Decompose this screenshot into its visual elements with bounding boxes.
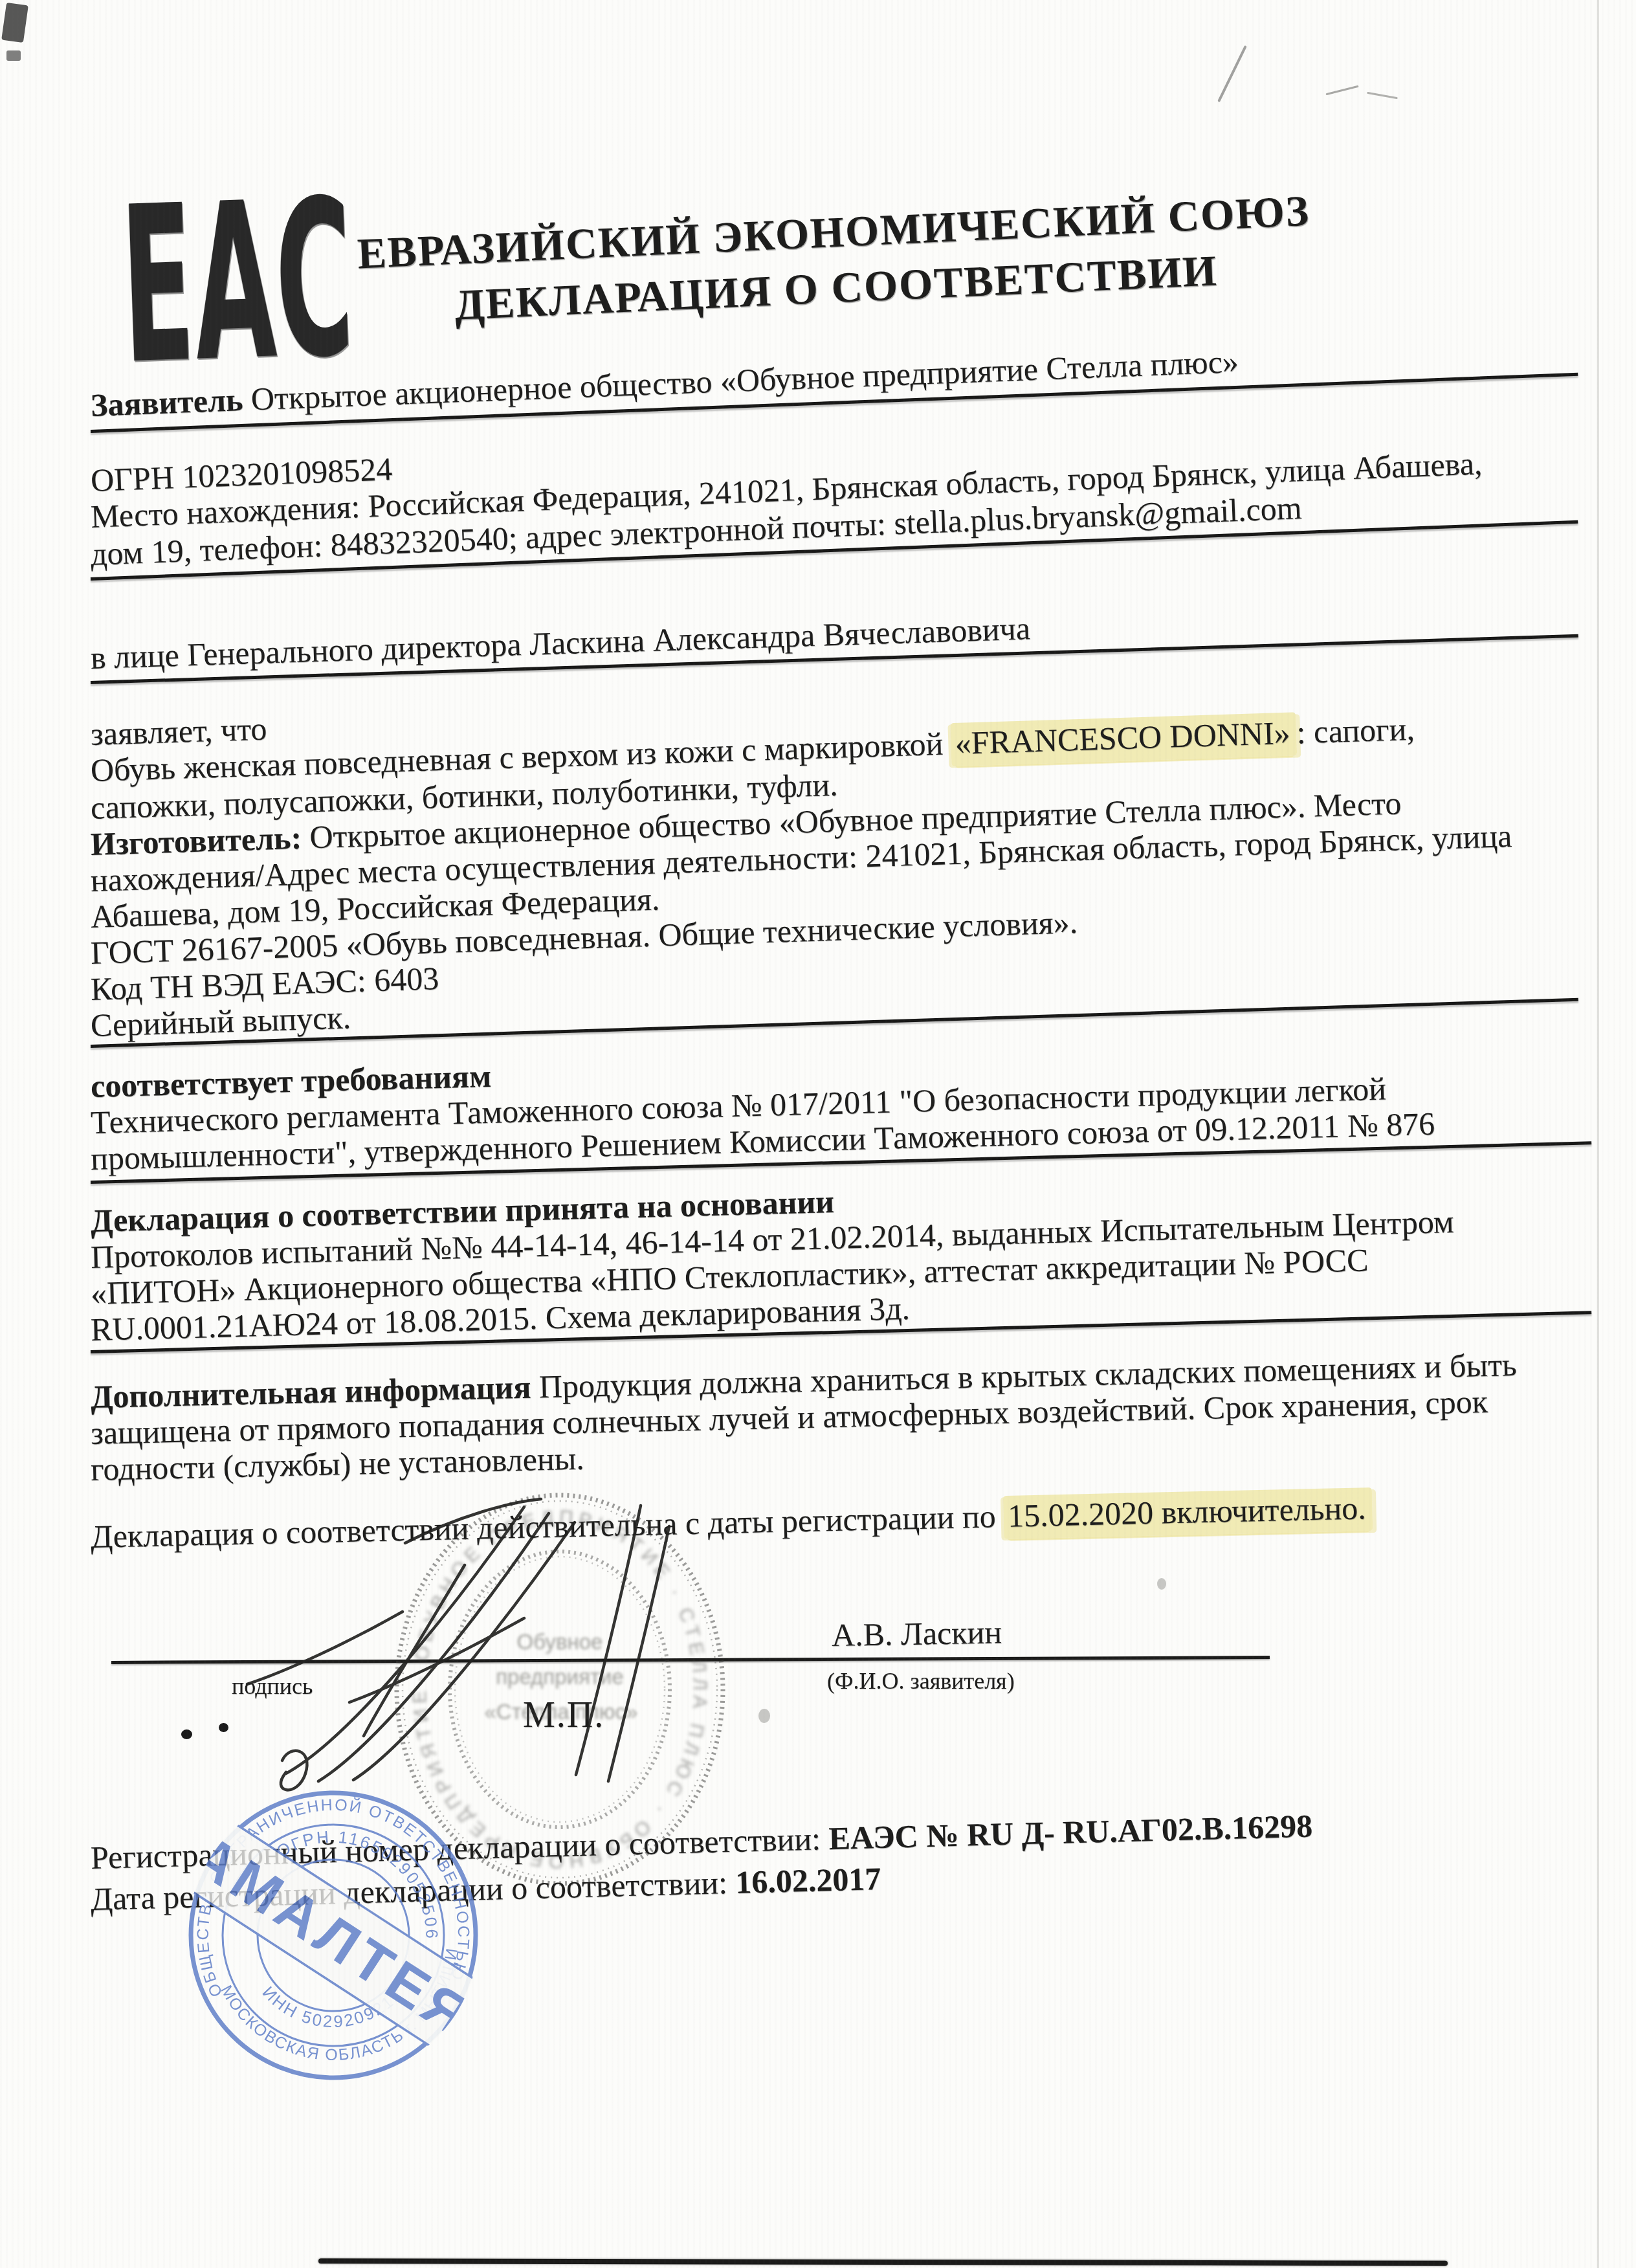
validity-date-highlight: 15.02.2020 включительно. [1003, 1487, 1373, 1539]
fio-caption: (Ф.И.О. заявителя) [827, 1667, 1015, 1695]
declaration-document: ЕАС ЕВРАЗИЙСКИЙ ЭКОНОМИЧЕСКИЙ СОЮЗ ДЕКЛА… [0, 0, 1636, 2268]
reg-date-value: 16.02.2017 [735, 1860, 881, 1900]
ink-smudge [1157, 1578, 1166, 1590]
document-title: ЕВРАЗИЙСКИЙ ЭКОНОМИЧЕСКИЙ СОЮЗ ДЕКЛАРАЦИ… [302, 181, 1367, 340]
handwritten-signature [188, 1489, 718, 1793]
reg-number-value: ЕАЭС № RU Д- RU.АГ02.В.16298 [828, 1808, 1313, 1857]
declares-line: заявляет, что [90, 710, 267, 752]
blue-amalteya-stamp: ОБЩЕСТВО С ОГРАНИЧЕННОЙ ОТВЕТСТВЕННОСТЬЮ… [165, 1767, 502, 2104]
scan-artifact [1217, 45, 1247, 102]
ink-smudge [758, 1709, 770, 1723]
product-text-post: : сапоги, [1296, 711, 1415, 751]
scan-artifact [1325, 85, 1358, 95]
applicant-fio-name: А.В. Ласкин [832, 1614, 1002, 1653]
scan-edge-shadow [1597, 0, 1599, 2268]
manufacturer-label: Изготовитель: [90, 819, 302, 862]
applicant-label: Заявитель [90, 381, 243, 423]
brand-highlight: «FRANCESCO DONNI» [951, 712, 1298, 766]
scan-artifact [1367, 92, 1398, 99]
scan-artifact [1, 3, 28, 43]
scan-bottom-line [318, 2258, 1448, 2266]
scan-artifact [6, 50, 21, 61]
serial-line: Серийный выпуск. [90, 999, 351, 1043]
